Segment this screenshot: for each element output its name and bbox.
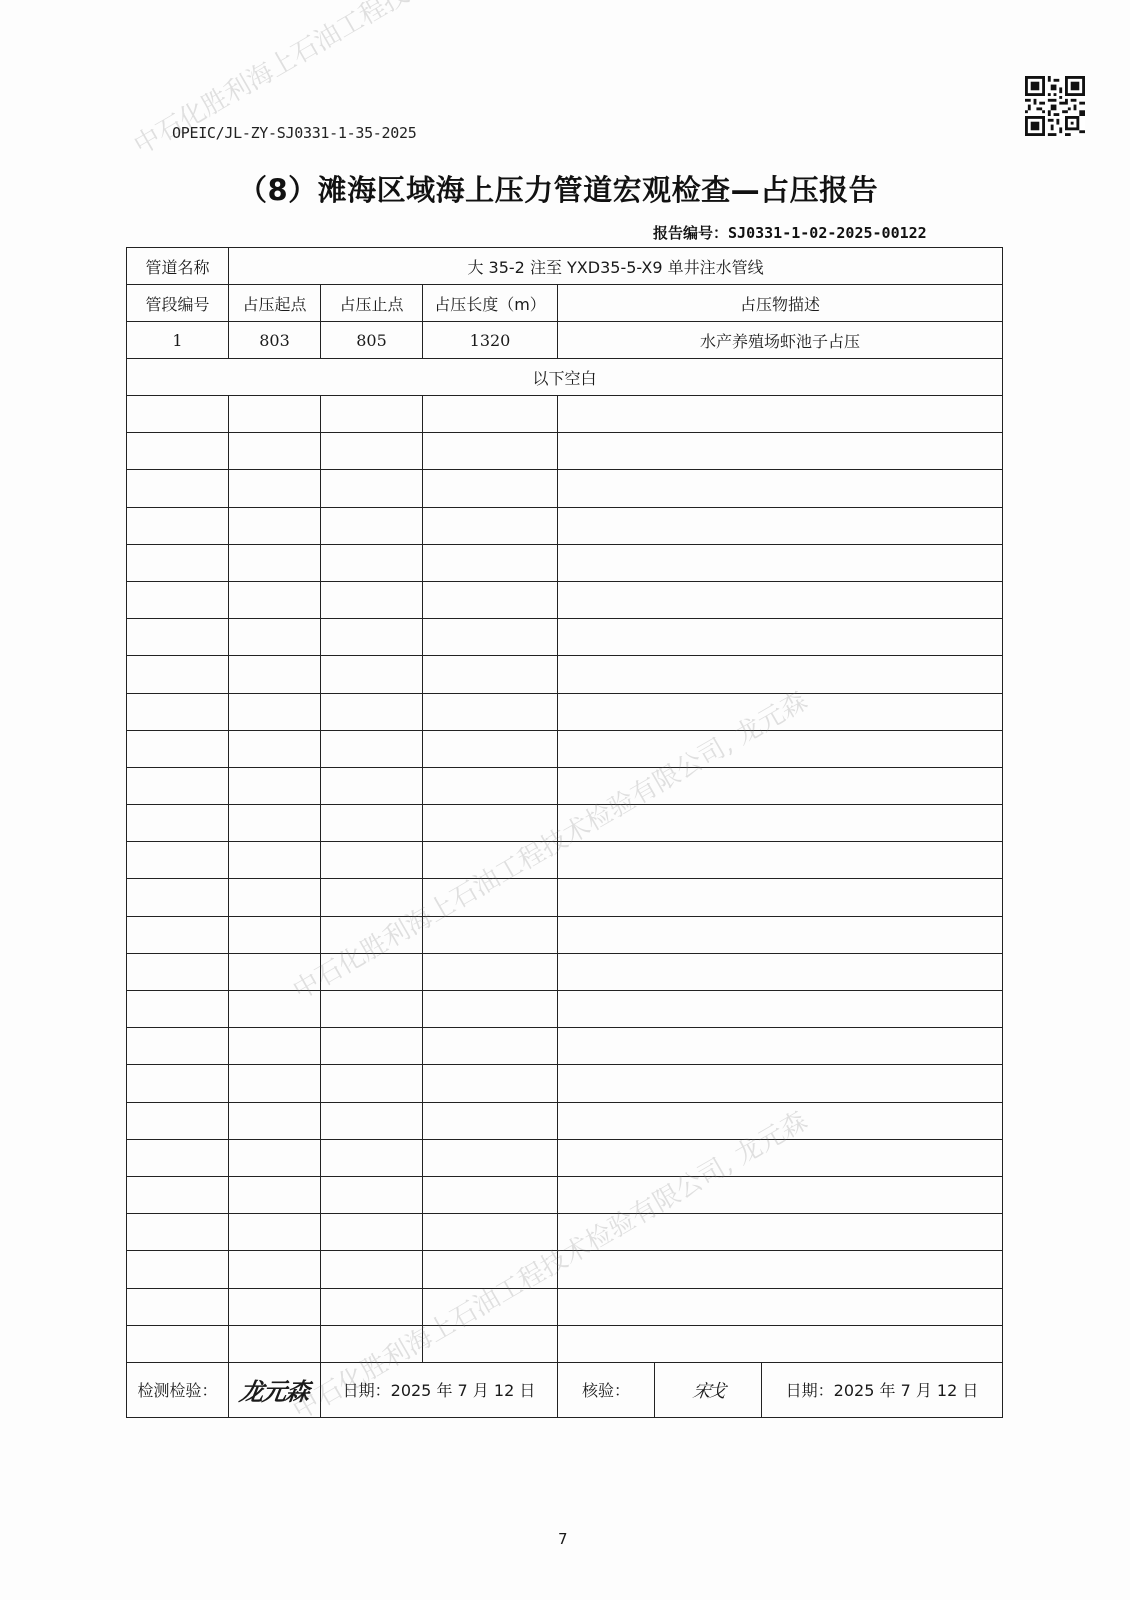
- blank-cell: [558, 507, 1003, 544]
- blank-cell: [229, 1065, 321, 1102]
- blank-cell: [558, 619, 1003, 656]
- blank-cell: [321, 470, 423, 507]
- blank-cell: [423, 656, 558, 693]
- blank-row: [127, 991, 1003, 1028]
- blank-cell: [558, 842, 1003, 879]
- blank-cell: [558, 1139, 1003, 1176]
- blank-row: [127, 1028, 1003, 1065]
- blank-note-row: 以下空白: [127, 359, 1003, 396]
- blank-cell: [229, 1251, 321, 1288]
- blank-row: [127, 916, 1003, 953]
- pipeline-name-row: 管道名称 大 35-2 注至 YXD35-5-X9 单井注水管线: [127, 248, 1003, 285]
- blank-row: [127, 1102, 1003, 1139]
- blank-cell: [321, 1214, 423, 1251]
- blank-row: [127, 1325, 1003, 1362]
- blank-cell: [423, 1214, 558, 1251]
- blank-cell: [321, 916, 423, 953]
- blank-cell: [229, 1214, 321, 1251]
- blank-cell: [321, 1139, 423, 1176]
- cell-description: 水产养殖场虾池子占压: [558, 322, 1003, 359]
- report-title: （8）滩海区域海上压力管道宏观检查—占压报告: [238, 168, 878, 209]
- blank-cell: [558, 470, 1003, 507]
- blank-cell: [321, 730, 423, 767]
- blank-cell: [229, 581, 321, 618]
- blank-cell: [423, 879, 558, 916]
- blank-cell: [229, 842, 321, 879]
- column-header-description: 占压物描述: [558, 285, 1003, 322]
- blank-row: [127, 433, 1003, 470]
- blank-cell: [423, 581, 558, 618]
- blank-cell: [127, 767, 229, 804]
- blank-row: [127, 767, 1003, 804]
- blank-row: [127, 805, 1003, 842]
- blank-note: 以下空白: [127, 359, 1003, 396]
- blank-cell: [229, 916, 321, 953]
- blank-cell: [558, 953, 1003, 990]
- blank-cell: [229, 656, 321, 693]
- blank-row: [127, 842, 1003, 879]
- page-number: 7: [558, 1530, 568, 1548]
- blank-cell: [423, 805, 558, 842]
- blank-cell: [229, 1288, 321, 1325]
- blank-row: [127, 693, 1003, 730]
- blank-cell: [558, 581, 1003, 618]
- blank-cell: [321, 842, 423, 879]
- blank-cell: [127, 1065, 229, 1102]
- blank-cell: [127, 1325, 229, 1362]
- blank-cell: [558, 1288, 1003, 1325]
- blank-cell: [558, 1028, 1003, 1065]
- blank-cell: [229, 1325, 321, 1362]
- reviewer-date: 日期：2025 年 7 月 12 日: [762, 1362, 1003, 1417]
- blank-cell: [321, 1251, 423, 1288]
- blank-cell: [321, 1288, 423, 1325]
- blank-cell: [423, 693, 558, 730]
- blank-cell: [558, 1325, 1003, 1362]
- blank-cell: [558, 656, 1003, 693]
- blank-cell: [127, 581, 229, 618]
- signoff-row: 检测检验： 龙元森 日期：2025 年 7 月 12 日 核验： 宋戈 日期：2…: [127, 1362, 1003, 1417]
- column-header-row: 管段编号 占压起点 占压止点 占压长度（m） 占压物描述: [127, 285, 1003, 322]
- blank-cell: [321, 656, 423, 693]
- blank-cell: [321, 879, 423, 916]
- blank-cell: [423, 730, 558, 767]
- blank-cell: [558, 544, 1003, 581]
- blank-cell: [423, 470, 558, 507]
- cell-end: 805: [321, 322, 423, 359]
- blank-row: [127, 730, 1003, 767]
- blank-cell: [321, 953, 423, 990]
- blank-cell: [229, 693, 321, 730]
- inspector-signature: 龙元森: [238, 1372, 312, 1407]
- reviewer-signature: 宋戈: [691, 1377, 725, 1403]
- blank-cell: [321, 581, 423, 618]
- blank-cell: [229, 991, 321, 1028]
- blank-cell: [321, 805, 423, 842]
- blank-row: [127, 1176, 1003, 1213]
- column-header-length: 占压长度（m）: [423, 285, 558, 322]
- blank-cell: [423, 1251, 558, 1288]
- blank-row: [127, 470, 1003, 507]
- blank-cell: [127, 1214, 229, 1251]
- blank-cell: [321, 507, 423, 544]
- blank-cell: [127, 953, 229, 990]
- qr-code-icon: [1025, 76, 1085, 136]
- blank-cell: [321, 619, 423, 656]
- reviewer-label: 核验：: [558, 1362, 655, 1417]
- blank-cell: [321, 767, 423, 804]
- blank-cell: [127, 805, 229, 842]
- blank-cell: [127, 730, 229, 767]
- blank-cell: [127, 507, 229, 544]
- blank-row: [127, 1288, 1003, 1325]
- pipeline-name-value: 大 35-2 注至 YXD35-5-X9 单井注水管线: [229, 248, 1003, 285]
- blank-cell: [229, 619, 321, 656]
- blank-row: [127, 507, 1003, 544]
- blank-cell: [321, 1065, 423, 1102]
- blank-cell: [321, 433, 423, 470]
- blank-row: [127, 581, 1003, 618]
- pipeline-name-label: 管道名称: [127, 248, 229, 285]
- blank-cell: [558, 916, 1003, 953]
- inspector-label: 检测检验：: [127, 1362, 229, 1417]
- blank-row: [127, 879, 1003, 916]
- blank-cell: [127, 470, 229, 507]
- blank-cell: [558, 805, 1003, 842]
- blank-cell: [229, 470, 321, 507]
- blank-row: [127, 619, 1003, 656]
- blank-cell: [423, 916, 558, 953]
- blank-cell: [127, 1102, 229, 1139]
- blank-cell: [229, 953, 321, 990]
- occupation-table: 管道名称 大 35-2 注至 YXD35-5-X9 单井注水管线 管段编号 占压…: [126, 247, 1002, 1418]
- reviewer-signature-cell: 宋戈: [655, 1362, 762, 1417]
- inspector-date: 日期：2025 年 7 月 12 日: [321, 1362, 558, 1417]
- blank-row: [127, 544, 1003, 581]
- blank-cell: [127, 1288, 229, 1325]
- blank-cell: [321, 1102, 423, 1139]
- cell-length: 1320: [423, 322, 558, 359]
- blank-cell: [558, 1251, 1003, 1288]
- blank-cell: [229, 767, 321, 804]
- cell-start: 803: [229, 322, 321, 359]
- blank-cell: [229, 1102, 321, 1139]
- document-code: OPEIC/JL-ZY-SJ0331-1-35-2025: [172, 124, 416, 142]
- blank-cell: [423, 1176, 558, 1213]
- blank-cell: [229, 433, 321, 470]
- blank-cell: [229, 396, 321, 433]
- blank-cell: [423, 507, 558, 544]
- blank-cell: [558, 991, 1003, 1028]
- blank-cell: [423, 396, 558, 433]
- blank-cell: [423, 767, 558, 804]
- blank-cell: [127, 991, 229, 1028]
- blank-cell: [558, 730, 1003, 767]
- blank-row: [127, 656, 1003, 693]
- blank-cell: [229, 730, 321, 767]
- blank-cell: [127, 693, 229, 730]
- blank-cell: [127, 433, 229, 470]
- blank-cell: [127, 879, 229, 916]
- report-number-label: 报告编号：: [653, 224, 728, 242]
- blank-cell: [558, 693, 1003, 730]
- blank-row: [127, 396, 1003, 433]
- blank-cell: [423, 1288, 558, 1325]
- blank-cell: [229, 1028, 321, 1065]
- blank-cell: [321, 991, 423, 1028]
- cell-segment: 1: [127, 322, 229, 359]
- blank-cell: [423, 842, 558, 879]
- blank-cell: [321, 1028, 423, 1065]
- blank-row: [127, 953, 1003, 990]
- blank-cell: [558, 1065, 1003, 1102]
- blank-cell: [127, 1176, 229, 1213]
- blank-cell: [127, 842, 229, 879]
- blank-cell: [321, 1325, 423, 1362]
- blank-cell: [423, 1028, 558, 1065]
- blank-cell: [423, 619, 558, 656]
- blank-cell: [321, 396, 423, 433]
- blank-cell: [127, 1251, 229, 1288]
- blank-cell: [558, 396, 1003, 433]
- blank-cell: [558, 1176, 1003, 1213]
- column-header-start: 占压起点: [229, 285, 321, 322]
- blank-row: [127, 1214, 1003, 1251]
- blank-row: [127, 1139, 1003, 1176]
- report-number-value: SJ0331-1-02-2025-00122: [728, 224, 927, 242]
- table-row: 1 803 805 1320 水产养殖场虾池子占压: [127, 322, 1003, 359]
- blank-cell: [229, 879, 321, 916]
- report-number: 报告编号：SJ0331-1-02-2025-00122: [653, 222, 927, 243]
- blank-cell: [423, 544, 558, 581]
- blank-cell: [558, 879, 1003, 916]
- blank-cell: [423, 953, 558, 990]
- blank-cell: [229, 805, 321, 842]
- column-header-end: 占压止点: [321, 285, 423, 322]
- blank-cell: [127, 1139, 229, 1176]
- blank-cell: [558, 1214, 1003, 1251]
- blank-cell: [423, 1325, 558, 1362]
- blank-cell: [321, 693, 423, 730]
- blank-cell: [229, 1176, 321, 1213]
- blank-cell: [127, 1028, 229, 1065]
- blank-row: [127, 1065, 1003, 1102]
- inspector-signature-cell: 龙元森: [229, 1362, 321, 1417]
- blank-cell: [423, 991, 558, 1028]
- blank-cell: [127, 544, 229, 581]
- blank-cell: [127, 916, 229, 953]
- blank-cell: [127, 619, 229, 656]
- blank-cell: [229, 507, 321, 544]
- blank-cell: [423, 1065, 558, 1102]
- blank-cell: [423, 433, 558, 470]
- blank-cell: [229, 544, 321, 581]
- blank-cell: [558, 767, 1003, 804]
- blank-cell: [321, 544, 423, 581]
- blank-cell: [229, 1139, 321, 1176]
- blank-cell: [423, 1139, 558, 1176]
- blank-cell: [423, 1102, 558, 1139]
- blank-cell: [321, 1176, 423, 1213]
- blank-row: [127, 1251, 1003, 1288]
- blank-cell: [558, 433, 1003, 470]
- column-header-segment: 管段编号: [127, 285, 229, 322]
- blank-cell: [127, 656, 229, 693]
- blank-cell: [558, 1102, 1003, 1139]
- blank-cell: [127, 396, 229, 433]
